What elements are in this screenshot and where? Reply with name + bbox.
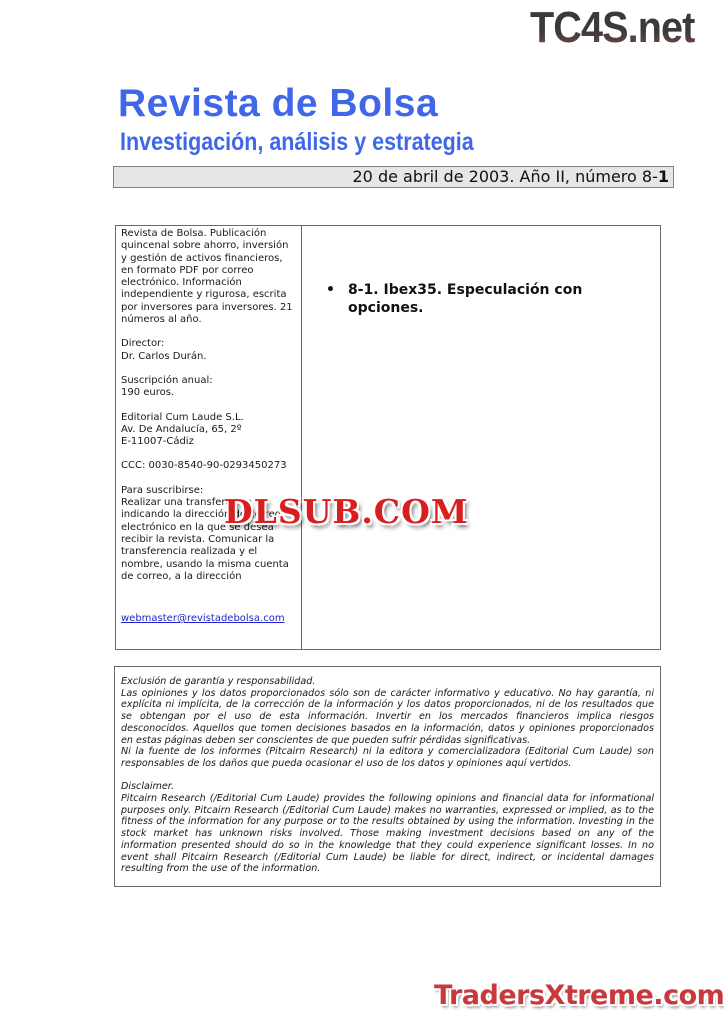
contents-column: • 8-1. Ibex35. Especulación con opciones…: [302, 226, 660, 649]
publisher-block: Editorial Cum Laude S.L.Av. De Andalucía…: [121, 412, 297, 449]
subscribe-label: Para suscribirse:: [121, 485, 203, 496]
masthead-box: Revista de Bolsa. Publicación quincenal …: [115, 225, 661, 650]
toc-item[interactable]: • 8-1. Ibex35. Especulación con opciones…: [326, 281, 608, 317]
webmaster-email-link[interactable]: webmaster@revistadebolsa.com: [121, 613, 297, 625]
disclaimer-box: Exclusión de garantía y responsabilidad.…: [114, 666, 661, 887]
disclaimer-es: Exclusión de garantía y responsabilidad.…: [121, 676, 654, 770]
subscription-price: 190 euros.: [121, 387, 174, 398]
disclaimer-es-title: Exclusión de garantía y responsabilidad.: [121, 676, 315, 687]
publication-info-column: Revista de Bolsa. Publicación quincenal …: [116, 226, 302, 649]
issue-number: 1: [658, 167, 669, 186]
subscription-block: Suscripción anual:190 euros.: [121, 375, 297, 400]
about-text: Revista de Bolsa. Publicación quincenal …: [121, 228, 297, 326]
magazine-subtitle: Investigación, análisis y estrategia: [120, 126, 474, 158]
bullet-icon: •: [326, 281, 348, 317]
director-block: Director:Dr. Carlos Durán.: [121, 338, 297, 363]
tc4s-watermark: TC4S.net: [530, 2, 701, 54]
director-label: Director:: [121, 338, 164, 349]
magazine-title: Revista de Bolsa: [118, 82, 438, 126]
publisher-address: Av. De Andalucía, 65, 2º: [121, 424, 241, 435]
table-of-contents: • 8-1. Ibex35. Especulación con opciones…: [326, 281, 608, 317]
disclaimer-es-body: Las opiniones y los datos proporcionados…: [121, 688, 654, 746]
director-name: Dr. Carlos Durán.: [121, 351, 207, 362]
disclaimer-en-body: Pitcairn Research (/Editorial Cum Laude)…: [121, 793, 654, 874]
publisher-city: E-11007-Cádiz: [121, 436, 194, 447]
issue-dateline: 20 de abril de 2003. Año II, número 8-1: [113, 166, 674, 188]
tradersxtreme-watermark: TradersXtreme.com: [434, 978, 724, 1014]
dlsub-watermark: DLSUB.COM: [224, 492, 468, 532]
publisher-name: Editorial Cum Laude S.L.: [121, 412, 244, 423]
disclaimer-en-title: Disclaimer.: [121, 781, 174, 792]
disclaimer-en: Disclaimer.Pitcairn Research (/Editorial…: [121, 781, 654, 875]
toc-item-text: 8-1. Ibex35. Especulación con opciones.: [348, 281, 608, 317]
bank-account: CCC: 0030-8540-90-0293450273: [121, 460, 297, 472]
issue-date-text: 20 de abril de 2003. Año II, número 8-: [353, 167, 658, 186]
disclaimer-es-body2: Ni la fuente de los informes (Pitcairn R…: [121, 746, 654, 769]
subscription-label: Suscripción anual:: [121, 375, 213, 386]
